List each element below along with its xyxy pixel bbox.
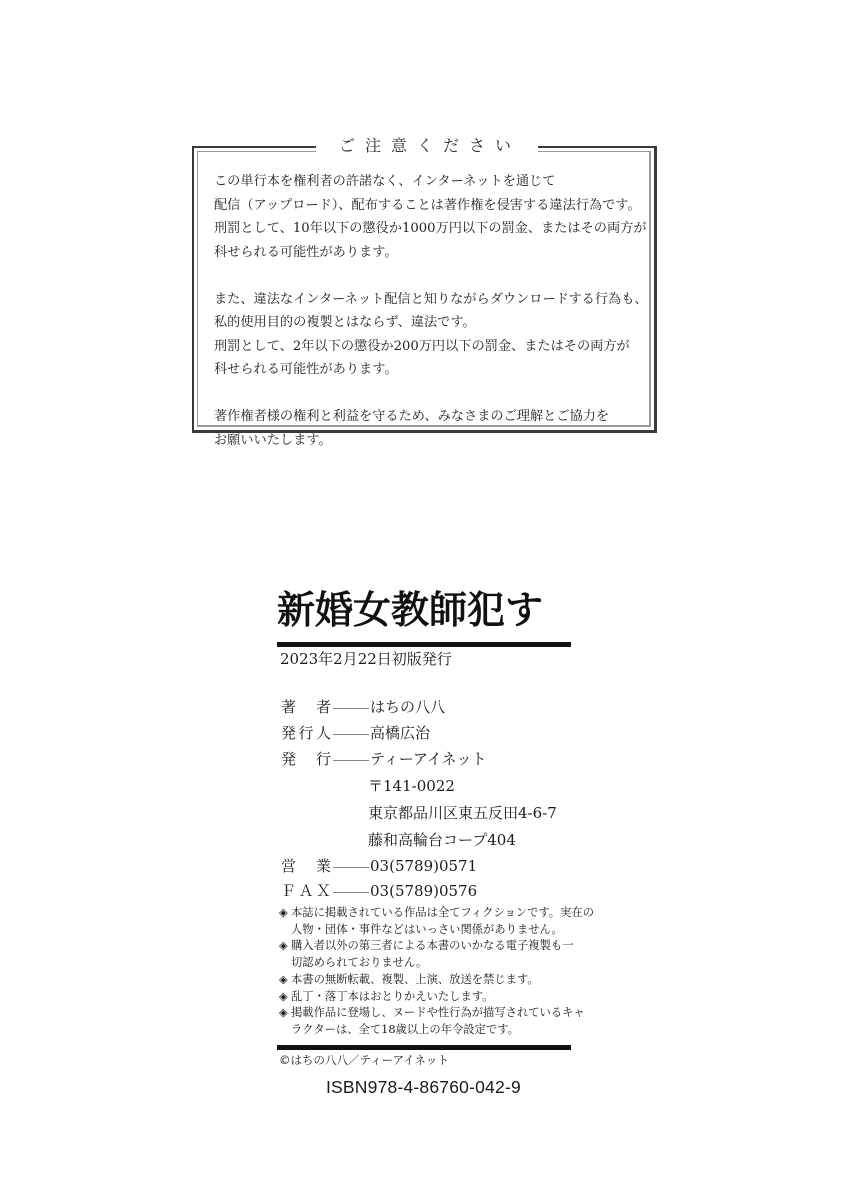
notice-paragraph-3: 著作権者様の権利と利益を守るため、みなさまのご理解とご協力を お願いいたします。 <box>214 405 644 452</box>
notice-heading: ご注意ください <box>316 134 538 158</box>
sales-phone: 03(5789)0571 <box>370 854 477 878</box>
notice-box: ご注意ください この単行本を権利者の許諾なく、インターネットを通じて 配信（アッ… <box>192 146 657 433</box>
legal-notes: ◈本誌に掲載されている作品は全てフィクションです。実在の 人物・団体・事件などは… <box>279 905 574 1039</box>
notice-line: お願いいたします。 <box>214 429 644 453</box>
diamond-bullet-icon: ◈ <box>279 1005 291 1022</box>
credit-label: 発 行 <box>281 747 331 771</box>
note-text: 乱丁・落丁本はおとりかえいたします。 <box>291 990 493 1003</box>
note-item: ◈乱丁・落丁本はおとりかえいたします。 <box>279 989 574 1006</box>
credit-publisher: 発 行ティーアイネット <box>281 747 487 771</box>
publication-date: 2023年2月22日初版発行 <box>280 648 452 670</box>
credit-fax: ＦＡＸ03(5789)0576 <box>281 879 477 903</box>
fax-number: 03(5789)0576 <box>370 879 477 903</box>
isbn: ISBN978-4-86760-042-9 <box>326 1075 521 1099</box>
diamond-bullet-icon: ◈ <box>279 989 291 1006</box>
note-text: ラクターは、全て18歳以上の年令設定です。 <box>291 1022 574 1039</box>
notice-line: この単行本を権利者の許諾なく、インターネットを通じて <box>214 170 644 194</box>
note-text: 本誌に掲載されている作品は全てフィクションです。実在の <box>291 906 594 919</box>
note-text: 購入者以外の第三者による本書のいかなる電子複製も一 <box>291 939 573 952</box>
title-rule <box>277 642 571 647</box>
publisher-name: ティーアイネット <box>370 747 487 771</box>
credit-label: ＦＡＸ <box>281 879 331 903</box>
notice-line: 刑罰として、2年以下の懲役か200万円以下の罰金、またはその両方が <box>214 335 644 359</box>
notice-line: 刑罰として、10年以下の懲役か1000万円以下の罰金、またはその両方が <box>214 217 644 241</box>
diamond-bullet-icon: ◈ <box>279 905 291 922</box>
note-item: ◈本誌に掲載されている作品は全てフィクションです。実在の 人物・団体・事件などは… <box>279 905 574 938</box>
credit-publisher-person: 発行人高橋広治 <box>281 721 430 745</box>
dash-separator <box>333 892 369 893</box>
note-item: ◈掲載作品に登場し、ヌードや性行為が描写されているキャ ラクターは、全て18歳以… <box>279 1005 574 1038</box>
notice-line: また、違法なインターネット配信と知りながらダウンロードする行為も、 <box>214 288 644 312</box>
note-text: 掲載作品に登場し、ヌードや性行為が描写されているキャ <box>291 1006 585 1019</box>
note-text: 切認められておりません。 <box>291 955 574 972</box>
dash-separator <box>333 760 369 761</box>
notice-paragraph-1: この単行本を権利者の許諾なく、インターネットを通じて 配信（アップロード）、配布… <box>214 170 644 264</box>
notice-body: この単行本を権利者の許諾なく、インターネットを通じて 配信（アップロード）、配布… <box>214 170 644 452</box>
copyright-line: ©はちの八八／ティーアイネット <box>279 1052 449 1068</box>
footer-rule <box>277 1045 571 1050</box>
note-item: ◈購入者以外の第三者による本書のいかなる電子複製も一 切認められておりません。 <box>279 938 574 971</box>
dash-separator <box>333 734 369 735</box>
diamond-bullet-icon: ◈ <box>279 972 291 989</box>
notice-paragraph-2: また、違法なインターネット配信と知りながらダウンロードする行為も、 私的使用目的… <box>214 288 644 382</box>
credit-label: 発行人 <box>281 721 331 745</box>
diamond-bullet-icon: ◈ <box>279 938 291 955</box>
credit-author: 著 者はちの八八 <box>281 695 445 719</box>
notice-line: 科せられる可能性があります。 <box>214 358 644 382</box>
author-name: はちの八八 <box>370 695 445 719</box>
dash-separator <box>333 708 369 709</box>
dash-separator <box>333 867 369 868</box>
note-item: ◈本書の無断転載、複製、上演、放送を禁じます。 <box>279 972 574 989</box>
notice-line: 配信（アップロード）、配布することは著作権を侵害する違法行為です。 <box>214 194 644 218</box>
notice-line: 私的使用目的の複製とはならず、違法です。 <box>214 311 644 335</box>
publisher-person-name: 高橋広治 <box>370 721 430 745</box>
note-text: 人物・団体・事件などはいっさい関係がありません。 <box>291 922 574 939</box>
book-title: 新婚女教師犯す <box>277 585 577 635</box>
note-text: 本書の無断転載、複製、上演、放送を禁じます。 <box>291 973 539 986</box>
credit-label: 著 者 <box>281 695 331 719</box>
address-line-1: 東京都品川区東五反田4-6-7 <box>368 801 557 825</box>
postal-code: 〒141-0022 <box>368 774 455 798</box>
address-line-2: 藤和高輪台コープ404 <box>368 828 516 852</box>
credit-sales: 営 業03(5789)0571 <box>281 854 477 878</box>
notice-line: 著作権者様の権利と利益を守るため、みなさまのご理解とご協力を <box>214 405 644 429</box>
credit-label: 営 業 <box>281 854 331 878</box>
notice-line: 科せられる可能性があります。 <box>214 241 644 265</box>
